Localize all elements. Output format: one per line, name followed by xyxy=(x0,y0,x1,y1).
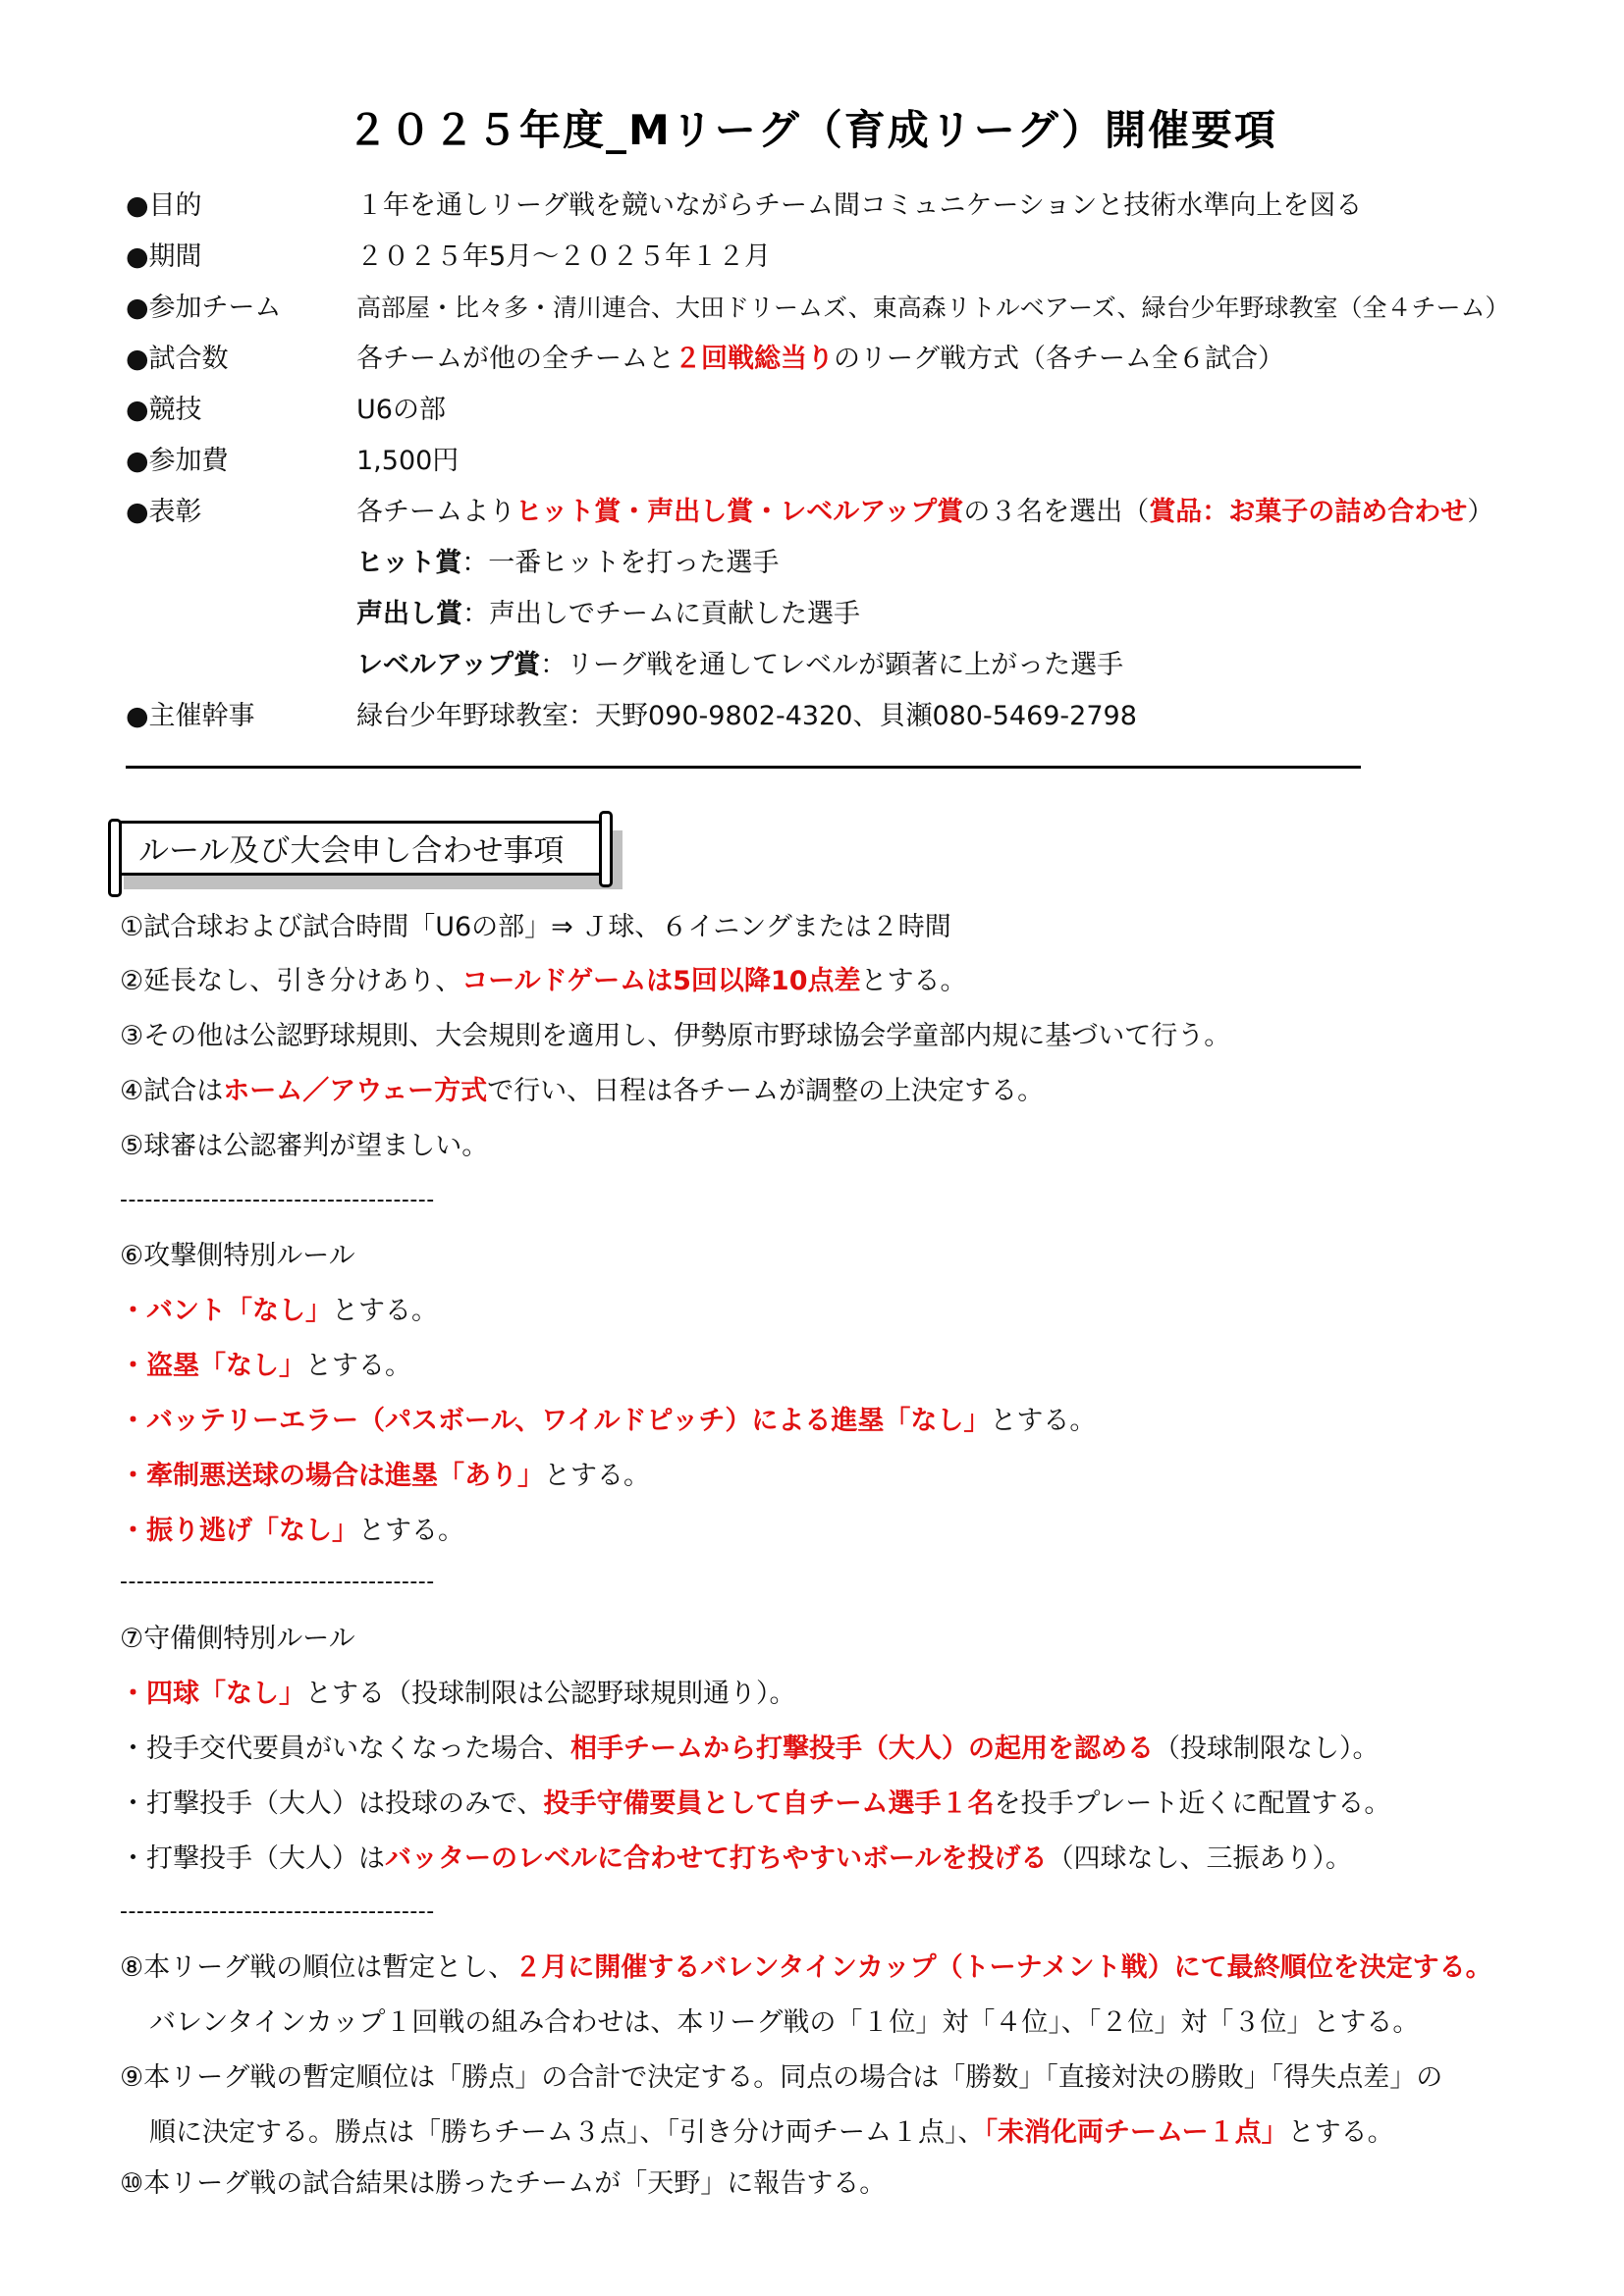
rule-7-item: ・投手交代要員がいなくなった場合、相手チームから打撃投手（大人）の起用を認める（… xyxy=(120,1730,1380,1769)
info-value: 緑台少年野球教室：天野090-9802-4320、貝瀬080-5469-2798 xyxy=(356,697,1137,736)
info-value: 各チームが他の全チームと２回戦総当りのリーグ戦方式（各チーム全６試合） xyxy=(356,340,1284,379)
info-label: ●参加チーム xyxy=(126,289,352,328)
rule-6-item: ・盗塁「なし」とする。 xyxy=(120,1347,411,1386)
highlight-text: ・牽制悪送球の場合は進塁「あり」 xyxy=(120,1461,544,1491)
highlight-text: ・振り逃げ「なし」 xyxy=(120,1516,358,1546)
info-value: ２０２５年5月～２０２５年１２月 xyxy=(356,238,771,277)
highlight-text: ２月に開催するバレンタインカップ（トーナメント戦）にて最終順位を決定する。 xyxy=(514,1952,1491,1983)
info-label: ●競技 xyxy=(126,391,352,430)
text: とする。 xyxy=(1288,2117,1394,2148)
rule-5: ⑤球審は公認審判が望ましい。 xyxy=(120,1127,488,1166)
text: ） xyxy=(1467,497,1493,527)
highlight-text: 投手守備要員として自チーム選手１名 xyxy=(543,1789,994,1819)
rule-4: ④試合はホーム／アウェー方式で行い、日程は各チームが調整の上決定する。 xyxy=(120,1072,1044,1111)
rule-10: ⑩本リーグ戦の試合結果は勝ったチームが「天野」に報告する。 xyxy=(120,2164,886,2204)
highlight-text: バッターのレベルに合わせて打ちやすいボールを投げる xyxy=(385,1843,1047,1874)
rule-7-title: ⑦守備側特別ルール xyxy=(120,1620,355,1659)
award-name: 声出し賞 xyxy=(356,599,462,629)
info-value: １年を通しリーグ戦を競いながらチーム間コミュニケーションと技術水準向上を図る xyxy=(356,187,1362,226)
dashed-divider: -------------------------------------- xyxy=(120,1191,435,1210)
page-title: ２０２５年度_Mリーグ（育成リーグ）開催要項 xyxy=(0,98,1624,157)
dashed-divider: -------------------------------------- xyxy=(120,1573,435,1592)
text: ②延長なし、引き分けあり、 xyxy=(120,966,461,996)
award-name: レベルアップ賞 xyxy=(356,650,540,680)
scroll-curl-right-icon xyxy=(599,811,613,887)
text: を投手プレート近くに配置する。 xyxy=(994,1789,1390,1819)
rule-7-item: ・打撃投手（大人）は投球のみで、投手守備要員として自チーム選手１名を投手プレート… xyxy=(120,1785,1390,1824)
award-desc: ：一番ヒットを打った選手 xyxy=(461,548,779,578)
rule-6-item: ・バッテリーエラー（パスボール、ワイルドピッチ）による進塁「なし」とする。 xyxy=(120,1402,1096,1441)
text: （投球制限なし）。 xyxy=(1154,1734,1380,1764)
text: とする。 xyxy=(861,966,967,996)
info-label: ●試合数 xyxy=(126,340,352,379)
award-voice: 声出し賞：声出しでチームに貢献した選手 xyxy=(356,595,860,634)
award-levelup: レベルアップ賞：リーグ戦を通してレベルが顕著に上がった選手 xyxy=(356,646,1123,685)
highlight-text: 「未消化両チームー１点」 xyxy=(985,2117,1288,2148)
highlight-text: ホーム／アウェー方式 xyxy=(223,1076,487,1106)
award-name: ヒット賞 xyxy=(356,548,461,578)
highlight-text: ・盗塁「なし」 xyxy=(120,1351,305,1381)
highlight-text: ヒット賞・声出し賞・レベルアップ賞 xyxy=(515,497,963,527)
text: 各チームが他の全チームと xyxy=(356,344,675,374)
info-label: ●期間 xyxy=(126,238,352,277)
rule-6-item: ・バント「なし」とする。 xyxy=(120,1292,438,1331)
info-value: U6の部 xyxy=(356,391,446,430)
text: のリーグ戦方式（各チーム全６試合） xyxy=(834,344,1284,374)
info-value: 高部屋・比々多・清川連合、大田ドリームズ、東高森リトルベアーズ、緑台少年野球教室… xyxy=(356,289,1510,328)
text: とする（投球制限は公認野球規則通り）。 xyxy=(305,1679,796,1709)
highlight-text: 賞品：お菓子の詰め合わせ xyxy=(1149,497,1467,527)
rule-7-item: ・四球「なし」とする（投球制限は公認野球規則通り）。 xyxy=(120,1675,796,1714)
text: とする。 xyxy=(544,1461,650,1491)
text: とする。 xyxy=(990,1406,1096,1436)
section-banner: ルール及び大会申し合わせ事項 xyxy=(108,811,626,895)
highlight-text: ２回戦総当り xyxy=(675,344,834,374)
text: とする。 xyxy=(332,1296,438,1326)
banner-label: ルール及び大会申し合わせ事項 xyxy=(112,821,608,876)
text: とする。 xyxy=(358,1516,464,1546)
dashed-divider: -------------------------------------- xyxy=(120,1902,435,1922)
text: （四球なし、三振あり）。 xyxy=(1047,1843,1352,1874)
text: ・投手交代要員がいなくなった場合、 xyxy=(120,1734,570,1764)
info-value: 1,500円 xyxy=(356,442,459,481)
rule-6-item: ・振り逃げ「なし」とする。 xyxy=(120,1512,464,1551)
award-hit: ヒット賞：一番ヒットを打った選手 xyxy=(356,544,779,583)
highlight-text: コールドゲームは5回以降10点差 xyxy=(461,966,860,996)
divider-line xyxy=(126,766,1361,769)
text: とする。 xyxy=(305,1351,411,1381)
text: ・打撃投手（大人）は xyxy=(120,1843,385,1874)
scroll-curl-left-icon xyxy=(108,819,122,897)
highlight-text: ・四球「なし」 xyxy=(120,1679,305,1709)
text: 順に決定する。勝点は「勝ちチーム３点」、「引き分け両チーム１点」、 xyxy=(149,2117,985,2148)
text: ⑧本リーグ戦の順位は暫定とし、 xyxy=(120,1952,514,1983)
info-label: ●表彰 xyxy=(126,493,352,532)
text: で行い、日程は各チームが調整の上決定する。 xyxy=(487,1076,1044,1106)
info-value: 各チームよりヒット賞・声出し賞・レベルアップ賞の３名を選出（賞品：お菓子の詰め合… xyxy=(356,493,1493,532)
rule-3: ③その他は公認野球規則、大会規則を適用し、伊勢原市野球協会学童部内規に基づいて行… xyxy=(120,1017,1230,1056)
text: 各チームより xyxy=(356,497,515,527)
rule-8: ⑧本リーグ戦の順位は暫定とし、２月に開催するバレンタインカップ（トーナメント戦）… xyxy=(120,1949,1492,1988)
rule-9-cont: 順に決定する。勝点は「勝ちチーム３点」、「引き分け両チーム１点」、「未消化両チー… xyxy=(149,2113,1394,2153)
rule-6-item: ・牽制悪送球の場合は進塁「あり」とする。 xyxy=(120,1457,650,1496)
text: の３名を選出（ xyxy=(963,497,1149,527)
rule-9: ⑨本リーグ戦の暫定順位は「勝点」の合計で決定する。同点の場合は「勝数」「直接対決… xyxy=(120,2058,1442,2098)
award-desc: ：声出しでチームに貢献した選手 xyxy=(462,599,860,629)
info-label: ●参加費 xyxy=(126,442,352,481)
rule-2: ②延長なし、引き分けあり、コールドゲームは5回以降10点差とする。 xyxy=(120,962,967,1001)
rule-8-cont: バレンタインカップ１回戦の組み合わせは、本リーグ戦の「１位」対「４位」、「２位」… xyxy=(149,2003,1419,2043)
highlight-text: ・バント「なし」 xyxy=(120,1296,332,1326)
highlight-text: 相手チームから打撃投手（大人）の起用を認める xyxy=(570,1734,1154,1764)
rule-6-title: ⑥攻撃側特別ルール xyxy=(120,1237,355,1276)
rule-7-item: ・打撃投手（大人）はバッターのレベルに合わせて打ちやすいボールを投げる（四球なし… xyxy=(120,1840,1352,1879)
info-label: ●主催幹事 xyxy=(126,697,352,736)
info-label: ●目的 xyxy=(126,187,352,226)
highlight-text: ・バッテリーエラー（パスボール、ワイルドピッチ）による進塁「なし」 xyxy=(120,1406,990,1436)
text: ④試合は xyxy=(120,1076,223,1106)
award-desc: ：リーグ戦を通してレベルが顕著に上がった選手 xyxy=(540,650,1123,680)
text: ・打撃投手（大人）は投球のみで、 xyxy=(120,1789,543,1819)
rule-1: ①試合球および試合時間「U6の部」⇒ Ｊ球、６イニングまたは２時間 xyxy=(120,908,951,947)
